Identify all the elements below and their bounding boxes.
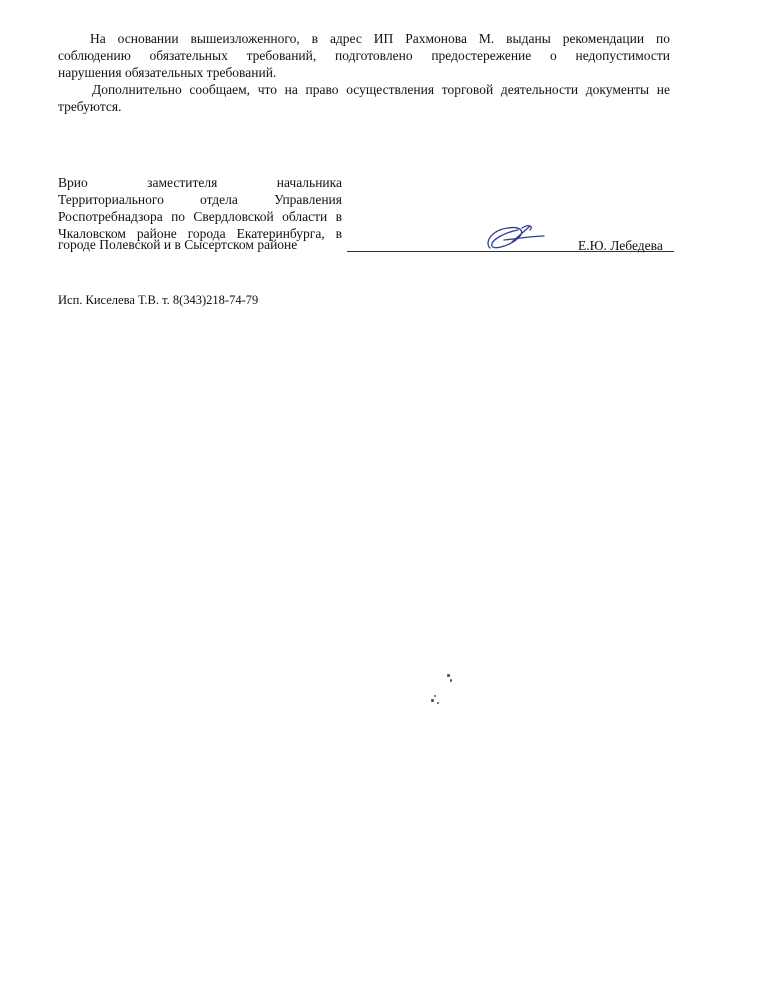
executor-contact: Исп. Киселева Т.В. т. 8(343)218-74-79 (58, 292, 358, 309)
signatory-title-line3: Роспотребнадзора по Свердловской области… (58, 209, 342, 226)
signature-icon (482, 222, 552, 254)
signatory-name: Е.Ю. Лебедева (578, 238, 678, 255)
paragraph-recommendations-line2: соблюдению обязательных требований, подг… (58, 48, 670, 65)
paragraph-additional-line2: требуются. (58, 99, 670, 116)
signatory-title-line5: городе Полевской и в Сысертском районе (58, 237, 342, 254)
paragraph-recommendations-line1: На основании вышеизложенного, в адрес ИП… (58, 31, 670, 48)
paragraph-additional-line1: Дополнительно сообщаем, что на право осу… (58, 82, 670, 99)
signatory-title-line1: Врио заместителя начальника (58, 175, 342, 192)
paragraph-recommendations-line3: нарушения обязательных требований. (58, 65, 670, 82)
signatory-title-line2: Территориального отдела Управления (58, 192, 342, 209)
